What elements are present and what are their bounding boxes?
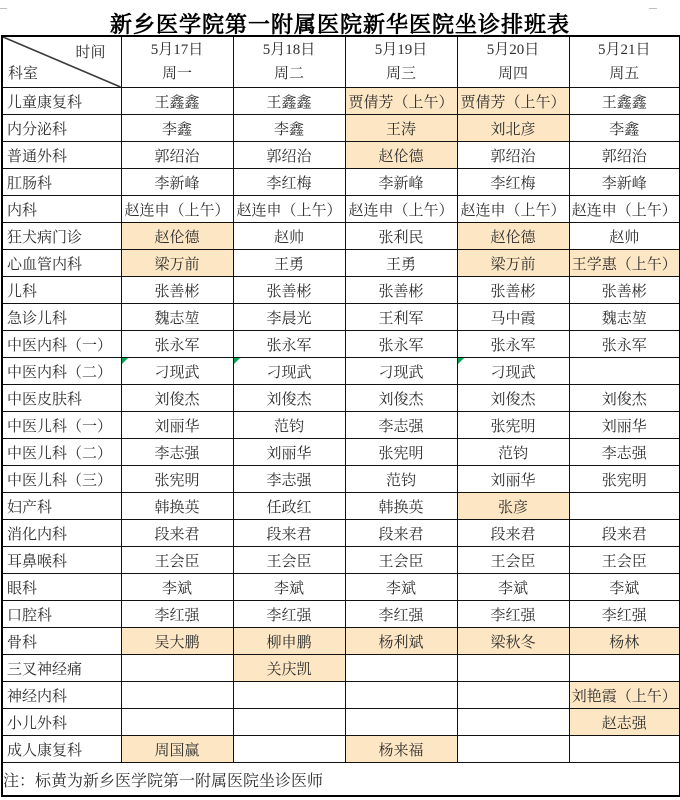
- schedule-cell: 张善彬: [569, 277, 680, 304]
- schedule-cell: 李鑫: [569, 115, 680, 142]
- error-triangle-icon: [122, 358, 128, 364]
- schedule-cell: 王会臣: [121, 547, 233, 574]
- schedule-cell: 王鑫鑫: [233, 88, 345, 115]
- schedule-cell: 王会臣: [457, 547, 569, 574]
- schedule-cell: 刘丽华: [121, 412, 233, 439]
- schedule-cell: 李斌: [345, 574, 457, 601]
- corner-time-label: 时间: [75, 41, 105, 62]
- schedule-cell: 李志强: [345, 412, 457, 439]
- doctor-name: 赵连申（上午）: [124, 203, 229, 219]
- doctor-name: 段来君: [154, 527, 199, 543]
- doctor-name: 赵伦德: [378, 149, 423, 165]
- schedule-cell: 王利军: [345, 304, 457, 331]
- table-row: 急诊儿科魏志堃李晨光王利军马中霞魏志堃: [2, 304, 680, 331]
- doctor-name: 杨林: [609, 635, 639, 651]
- header-row: 时间 科室 5月17日 周一 5月18日 周二 5月19日 周三 5月20日: [2, 36, 680, 88]
- schedule-cell: 张永军: [345, 331, 457, 358]
- schedule-cell: 梁万前: [457, 250, 569, 277]
- doctor-name: 王勇: [386, 257, 416, 273]
- schedule-cell: 王勇: [345, 250, 457, 277]
- schedule-body: 儿童康复科王鑫鑫王鑫鑫贾倩芳（上午）贾倩芳（上午）王鑫鑫内分泌科李鑫李鑫王涛刘北…: [2, 88, 680, 763]
- schedule-cell: [121, 655, 233, 682]
- col-header-fri: 5月21日 周五: [569, 36, 680, 88]
- dept-cell: 儿童康复科: [2, 88, 121, 115]
- doctor-name: 王鑫鑫: [154, 95, 199, 111]
- schedule-cell: 张永军: [569, 331, 680, 358]
- schedule-cell: 李红强: [121, 601, 233, 628]
- doctor-name: 李志强: [378, 419, 423, 435]
- schedule-cell: 魏志堃: [569, 304, 680, 331]
- doctor-name: 赵连申（上午）: [460, 203, 565, 219]
- doctor-name: 王涛: [386, 122, 416, 138]
- col-header-date: 5月18日: [234, 38, 345, 62]
- doctor-name: 段来君: [266, 527, 311, 543]
- schedule-cell: [569, 736, 680, 763]
- schedule-cell: 李志强: [233, 466, 345, 493]
- schedule-cell: 张宪明: [345, 439, 457, 466]
- schedule-cell: [233, 709, 345, 736]
- doctor-name: 王勇: [274, 257, 304, 273]
- doctor-name: 李晨光: [266, 311, 311, 327]
- col-header-mon: 5月17日 周一: [121, 36, 233, 88]
- doctor-name: 张善彬: [378, 284, 423, 300]
- gridline-stub-right: [649, 8, 657, 9]
- schedule-cell: 贾倩芳（上午）: [457, 88, 569, 115]
- dept-cell: 心血管内科: [2, 250, 121, 277]
- schedule-cell: 赵帅: [569, 223, 680, 250]
- schedule-cell: 李红强: [569, 601, 680, 628]
- schedule-cell: 贾倩芳（上午）: [345, 88, 457, 115]
- doctor-name: 周国赢: [154, 743, 199, 759]
- table-row: 中医内科（一）张永军张永军张永军张永军张永军: [2, 331, 680, 358]
- schedule-cell: [121, 682, 233, 709]
- schedule-cell: 刘丽华: [457, 466, 569, 493]
- table-row: 中医皮肤科刘俊杰刘俊杰刘俊杰刘俊杰刘俊杰: [2, 385, 680, 412]
- doctor-name: 刘俊杰: [602, 392, 647, 408]
- schedule-cell: [345, 709, 457, 736]
- schedule-cell: 刁现武: [457, 358, 569, 385]
- col-header-tue: 5月18日 周二: [233, 36, 345, 88]
- schedule-cell: 段来君: [233, 520, 345, 547]
- table-row: 眼科李斌李斌李斌李斌李斌: [2, 574, 680, 601]
- doctor-name: 杨来福: [378, 743, 423, 759]
- schedule-cell: 段来君: [345, 520, 457, 547]
- dept-cell: 中医儿科（二）: [2, 439, 121, 466]
- schedule-cell: 杨利斌: [345, 628, 457, 655]
- schedule-cell: 刘俊杰: [345, 385, 457, 412]
- doctor-name: 李斌: [162, 581, 192, 597]
- schedule-cell: 张善彬: [121, 277, 233, 304]
- doctor-name: 李红强: [490, 608, 535, 624]
- schedule-cell: 赵帅: [233, 223, 345, 250]
- doctor-name: 赵伦德: [490, 230, 535, 246]
- doctor-name: 李红强: [154, 608, 199, 624]
- doctor-name: 赵帅: [274, 230, 304, 246]
- doctor-name: 李斌: [498, 581, 528, 597]
- doctor-name: 吴大鹏: [154, 635, 199, 651]
- doctor-name: 李志强: [154, 446, 199, 462]
- schedule-cell: 李红强: [345, 601, 457, 628]
- doctor-name: 韩换英: [378, 500, 423, 516]
- doctor-name: 任政红: [266, 500, 311, 516]
- schedule-cell: 赵连申（上午）: [121, 196, 233, 223]
- schedule-cell: 王会臣: [569, 547, 680, 574]
- doctor-name: 韩换英: [154, 500, 199, 516]
- col-header-date: 5月20日: [458, 38, 569, 62]
- table-row: 妇产科韩换英任政红韩换英张彦: [2, 493, 680, 520]
- schedule-cell: [457, 736, 569, 763]
- schedule-cell: 李鑫: [233, 115, 345, 142]
- schedule-cell: 李斌: [233, 574, 345, 601]
- doctor-name: 李斌: [609, 581, 639, 597]
- doctor-name: 李新峰: [154, 176, 199, 192]
- schedule-cell: 李斌: [569, 574, 680, 601]
- dept-cell: 神经内科: [2, 682, 121, 709]
- schedule-cell: 段来君: [569, 520, 680, 547]
- schedule-cell: 刘俊杰: [569, 385, 680, 412]
- schedule-cell: 刘丽华: [569, 412, 680, 439]
- dept-cell: 耳鼻喉科: [2, 547, 121, 574]
- doctor-name: 郭绍治: [266, 149, 311, 165]
- corner-cell: 时间 科室: [2, 36, 121, 88]
- doctor-name: 李斌: [274, 581, 304, 597]
- doctor-name: 梁万前: [490, 257, 535, 273]
- schedule-cell: 吴大鹏: [121, 628, 233, 655]
- schedule-cell: 李鑫: [121, 115, 233, 142]
- schedule-cell: 范钧: [233, 412, 345, 439]
- schedule-cell: 张宪明: [121, 466, 233, 493]
- col-header-date: 5月21日: [570, 38, 680, 62]
- schedule-cell: 刘俊杰: [457, 385, 569, 412]
- schedule-cell: 梁万前: [121, 250, 233, 277]
- schedule-cell: 段来君: [121, 520, 233, 547]
- doctor-name: 刘俊杰: [490, 392, 535, 408]
- doctor-name: 刁现武: [154, 365, 199, 381]
- doctor-name: 王利军: [378, 311, 423, 327]
- doctor-name: 段来君: [602, 527, 647, 543]
- doctor-name: 张永军: [490, 338, 535, 354]
- doctor-name: 马中霞: [490, 311, 535, 327]
- dept-cell: 中医内科（一）: [2, 331, 121, 358]
- doctor-name: 王会臣: [490, 554, 535, 570]
- schedule-cell: [233, 682, 345, 709]
- schedule-cell: 刘俊杰: [121, 385, 233, 412]
- table-row: 内分泌科李鑫李鑫王涛刘北彦李鑫: [2, 115, 680, 142]
- schedule-cell: 马中霞: [457, 304, 569, 331]
- error-triangle-icon: [458, 358, 464, 364]
- schedule-cell: 关庆凯: [233, 655, 345, 682]
- doctor-name: 李志强: [266, 473, 311, 489]
- dept-cell: 内科: [2, 196, 121, 223]
- schedule-cell: 柳申鹏: [233, 628, 345, 655]
- schedule-cell: 刁现武: [345, 358, 457, 385]
- schedule-table: 时间 科室 5月17日 周一 5月18日 周二 5月19日 周三 5月20日: [1, 35, 680, 797]
- schedule-cell: 王鑫鑫: [121, 88, 233, 115]
- schedule-cell: 赵伦德: [457, 223, 569, 250]
- col-header-weekday: 周四: [458, 62, 569, 86]
- schedule-cell: 杨来福: [345, 736, 457, 763]
- doctor-name: 赵帅: [609, 230, 639, 246]
- schedule-cell: [569, 655, 680, 682]
- schedule-cell: 张善彬: [233, 277, 345, 304]
- doctor-name: 刘丽华: [602, 419, 647, 435]
- doctor-name: 张善彬: [154, 284, 199, 300]
- schedule-cell: 范钧: [345, 466, 457, 493]
- doctor-name: 郭绍治: [154, 149, 199, 165]
- schedule-cell: 王学惠（上午）: [569, 250, 680, 277]
- schedule-cell: 韩换英: [121, 493, 233, 520]
- doctor-name: 刘丽华: [154, 419, 199, 435]
- schedule-cell: 张善彬: [345, 277, 457, 304]
- dept-cell: 肛肠科: [2, 169, 121, 196]
- doctor-name: 刘北彦: [490, 122, 535, 138]
- dept-cell: 中医皮肤科: [2, 385, 121, 412]
- table-row: 小儿外科赵志强: [2, 709, 680, 736]
- schedule-cell: 张彦: [457, 493, 569, 520]
- doctor-name: 李新峰: [602, 176, 647, 192]
- schedule-cell: 张永军: [121, 331, 233, 358]
- doctor-name: 刘丽华: [490, 473, 535, 489]
- schedule-cell: [457, 709, 569, 736]
- table-row: 中医儿科（三）张宪明李志强范钧刘丽华张宪明: [2, 466, 680, 493]
- schedule-cell: 李志强: [569, 439, 680, 466]
- doctor-name: 范钧: [386, 473, 416, 489]
- doctor-name: 贾倩芳（上午）: [348, 95, 453, 111]
- dept-cell: 普通外科: [2, 142, 121, 169]
- schedule-cell: 赵连申（上午）: [345, 196, 457, 223]
- doctor-name: 王会臣: [266, 554, 311, 570]
- dept-cell: 儿科: [2, 277, 121, 304]
- schedule-cell: 刘艳霞（上午）: [569, 682, 680, 709]
- schedule-cell: 刘俊杰: [233, 385, 345, 412]
- doctor-name: 赵连申（上午）: [348, 203, 453, 219]
- doctor-name: 张永军: [154, 338, 199, 354]
- schedule-cell: 张宪明: [569, 466, 680, 493]
- schedule-cell: 李新峰: [345, 169, 457, 196]
- schedule-cell: 王鑫鑫: [569, 88, 680, 115]
- schedule-cell: 赵伦德: [121, 223, 233, 250]
- dept-cell: 急诊儿科: [2, 304, 121, 331]
- schedule-cell: 刘丽华: [233, 439, 345, 466]
- doctor-name: 刁现武: [378, 365, 423, 381]
- schedule-cell: [345, 682, 457, 709]
- doctor-name: 李鑫: [274, 122, 304, 138]
- dept-cell: 眼科: [2, 574, 121, 601]
- doctor-name: 刁现武: [266, 365, 311, 381]
- col-header-weekday: 周三: [346, 62, 457, 86]
- col-header-thu: 5月20日 周四: [457, 36, 569, 88]
- col-header-date: 5月17日: [122, 38, 233, 62]
- doctor-name: 张利民: [378, 230, 423, 246]
- doctor-name: 张宪明: [154, 473, 199, 489]
- table-row: 耳鼻喉科王会臣王会臣王会臣王会臣王会臣: [2, 547, 680, 574]
- dept-cell: 骨科: [2, 628, 121, 655]
- schedule-cell: 张善彬: [457, 277, 569, 304]
- doctor-name: 张永军: [602, 338, 647, 354]
- dept-cell: 中医内科（二）: [2, 358, 121, 385]
- schedule-cell: 李斌: [457, 574, 569, 601]
- doctor-name: 张宪明: [602, 473, 647, 489]
- doctor-name: 张善彬: [602, 284, 647, 300]
- col-header-weekday: 周一: [122, 62, 233, 86]
- doctor-name: 魏志堃: [154, 311, 199, 327]
- schedule-cell: [569, 493, 680, 520]
- schedule-cell: 郭绍治: [457, 142, 569, 169]
- doctor-name: 梁秋冬: [490, 635, 535, 651]
- table-row: 儿科张善彬张善彬张善彬张善彬张善彬: [2, 277, 680, 304]
- schedule-cell: 李新峰: [121, 169, 233, 196]
- dept-cell: 妇产科: [2, 493, 121, 520]
- doctor-name: 李新峰: [378, 176, 423, 192]
- doctor-name: 李红强: [378, 608, 423, 624]
- table-row: 心血管内科梁万前王勇王勇梁万前王学惠（上午）: [2, 250, 680, 277]
- schedule-cell: 王会臣: [233, 547, 345, 574]
- schedule-cell: 李新峰: [569, 169, 680, 196]
- table-row: 中医内科（二）刁现武刁现武刁现武刁现武: [2, 358, 680, 385]
- doctor-name: 张彦: [498, 500, 528, 516]
- schedule-cell: 赵连申（上午）: [457, 196, 569, 223]
- schedule-cell: 李红强: [233, 601, 345, 628]
- dept-cell: 消化内科: [2, 520, 121, 547]
- schedule-sheet: 新乡医学院第一附属医院新华医院坐诊排班表 时间 科室 5月17日: [0, 0, 680, 800]
- error-triangle-icon: [234, 358, 240, 364]
- doctor-name: 关庆凯: [266, 662, 311, 678]
- schedule-cell: 赵志强: [569, 709, 680, 736]
- note-cell: 注：标黄为新乡医学院第一附属医院坐诊医师: [2, 763, 680, 797]
- table-row: 消化内科段来君段来君段来君段来君段来君: [2, 520, 680, 547]
- schedule-cell: 李斌: [121, 574, 233, 601]
- doctor-name: 王会臣: [378, 554, 423, 570]
- doctor-name: 杨利斌: [378, 635, 423, 651]
- table-row: 狂犬病门诊赵伦德赵帅张利民赵伦德赵帅: [2, 223, 680, 250]
- dept-cell: 狂犬病门诊: [2, 223, 121, 250]
- doctor-name: 张宪明: [490, 419, 535, 435]
- doctor-name: 赵连申（上午）: [572, 203, 677, 219]
- schedule-cell: 郭绍治: [569, 142, 680, 169]
- schedule-cell: 刁现武: [233, 358, 345, 385]
- corner-dept-label: 科室: [8, 62, 38, 83]
- schedule-cell: 王涛: [345, 115, 457, 142]
- schedule-cell: [121, 709, 233, 736]
- table-row: 普通外科郭绍治郭绍治赵伦德郭绍治郭绍治: [2, 142, 680, 169]
- schedule-cell: 李红强: [457, 601, 569, 628]
- dept-cell: 三叉神经痛: [2, 655, 121, 682]
- col-header-wed: 5月19日 周三: [345, 36, 457, 88]
- schedule-cell: 郭绍治: [121, 142, 233, 169]
- note-row: 注：标黄为新乡医学院第一附属医院坐诊医师: [2, 763, 680, 797]
- doctor-name: 郭绍治: [490, 149, 535, 165]
- doctor-name: 段来君: [378, 527, 423, 543]
- doctor-name: 王会臣: [154, 554, 199, 570]
- doctor-name: 李志强: [602, 446, 647, 462]
- gridline-stub-left: [0, 8, 7, 9]
- schedule-cell: 刁现武: [121, 358, 233, 385]
- schedule-cell: [345, 655, 457, 682]
- schedule-cell: [457, 682, 569, 709]
- doctor-name: 张善彬: [490, 284, 535, 300]
- doctor-name: 贾倩芳（上午）: [460, 95, 565, 111]
- schedule-cell: 王勇: [233, 250, 345, 277]
- table-row: 儿童康复科王鑫鑫王鑫鑫贾倩芳（上午）贾倩芳（上午）王鑫鑫: [2, 88, 680, 115]
- schedule-cell: 李志强: [121, 439, 233, 466]
- schedule-cell: 赵连申（上午）: [569, 196, 680, 223]
- schedule-cell: 杨林: [569, 628, 680, 655]
- doctor-name: 柳申鹏: [266, 635, 311, 651]
- doctor-name: 李斌: [386, 581, 416, 597]
- doctor-name: 张永军: [378, 338, 423, 354]
- table-row: 内科赵连申（上午）赵连申（上午）赵连申（上午）赵连申（上午）赵连申（上午）: [2, 196, 680, 223]
- doctor-name: 李红强: [602, 608, 647, 624]
- table-row: 中医儿科（一）刘丽华范钧李志强张宪明刘丽华: [2, 412, 680, 439]
- table-row: 成人康复科周国赢杨来福: [2, 736, 680, 763]
- doctor-name: 李鑫: [162, 122, 192, 138]
- table-row: 中医儿科（二）李志强刘丽华张宪明范钧李志强: [2, 439, 680, 466]
- table-row: 肛肠科李新峰李红梅李新峰李红梅李新峰: [2, 169, 680, 196]
- schedule-cell: 范钧: [457, 439, 569, 466]
- schedule-cell: 李红梅: [457, 169, 569, 196]
- doctor-name: 王鑫鑫: [266, 95, 311, 111]
- schedule-cell: 任政红: [233, 493, 345, 520]
- dept-cell: 口腔科: [2, 601, 121, 628]
- col-header-date: 5月19日: [346, 38, 457, 62]
- doctor-name: 魏志堃: [602, 311, 647, 327]
- schedule-cell: [569, 358, 680, 385]
- doctor-name: 王会臣: [602, 554, 647, 570]
- doctor-name: 刘俊杰: [266, 392, 311, 408]
- doctor-name: 张善彬: [266, 284, 311, 300]
- dept-cell: 小儿外科: [2, 709, 121, 736]
- schedule-cell: 魏志堃: [121, 304, 233, 331]
- doctor-name: 刘丽华: [266, 446, 311, 462]
- doctor-name: 赵连申（上午）: [236, 203, 341, 219]
- doctor-name: 张宪明: [378, 446, 423, 462]
- schedule-cell: 郭绍治: [233, 142, 345, 169]
- doctor-name: 张永军: [266, 338, 311, 354]
- dept-cell: 中医儿科（三）: [2, 466, 121, 493]
- doctor-name: 李红梅: [490, 176, 535, 192]
- note-text: 注：标黄为新乡医学院第一附属医院坐诊医师: [3, 773, 323, 790]
- doctor-name: 王学惠（上午）: [572, 257, 677, 273]
- table-row: 三叉神经痛关庆凯: [2, 655, 680, 682]
- schedule-cell: 周国赢: [121, 736, 233, 763]
- table-row: 口腔科李红强李红强李红强李红强李红强: [2, 601, 680, 628]
- doctor-name: 赵志强: [602, 716, 647, 732]
- dept-cell: 中医儿科（一）: [2, 412, 121, 439]
- doctor-name: 王鑫鑫: [602, 95, 647, 111]
- doctor-name: 李红梅: [266, 176, 311, 192]
- schedule-cell: 赵连申（上午）: [233, 196, 345, 223]
- doctor-name: 李鑫: [609, 122, 639, 138]
- schedule-cell: 刘北彦: [457, 115, 569, 142]
- doctor-name: 刘艳霞（上午）: [572, 689, 677, 705]
- schedule-cell: 李红梅: [233, 169, 345, 196]
- schedule-cell: 梁秋冬: [457, 628, 569, 655]
- doctor-name: 刘俊杰: [378, 392, 423, 408]
- schedule-cell: 张永军: [457, 331, 569, 358]
- schedule-cell: 段来君: [457, 520, 569, 547]
- dept-cell: 内分泌科: [2, 115, 121, 142]
- doctor-name: 刘俊杰: [154, 392, 199, 408]
- doctor-name: 刁现武: [490, 365, 535, 381]
- schedule-cell: 王会臣: [345, 547, 457, 574]
- schedule-cell: 张永军: [233, 331, 345, 358]
- doctor-name: 郭绍治: [602, 149, 647, 165]
- doctor-name: 范钧: [274, 419, 304, 435]
- schedule-cell: [233, 736, 345, 763]
- col-header-weekday: 周五: [570, 62, 680, 86]
- doctor-name: 范钧: [498, 446, 528, 462]
- doctor-name: 梁万前: [154, 257, 199, 273]
